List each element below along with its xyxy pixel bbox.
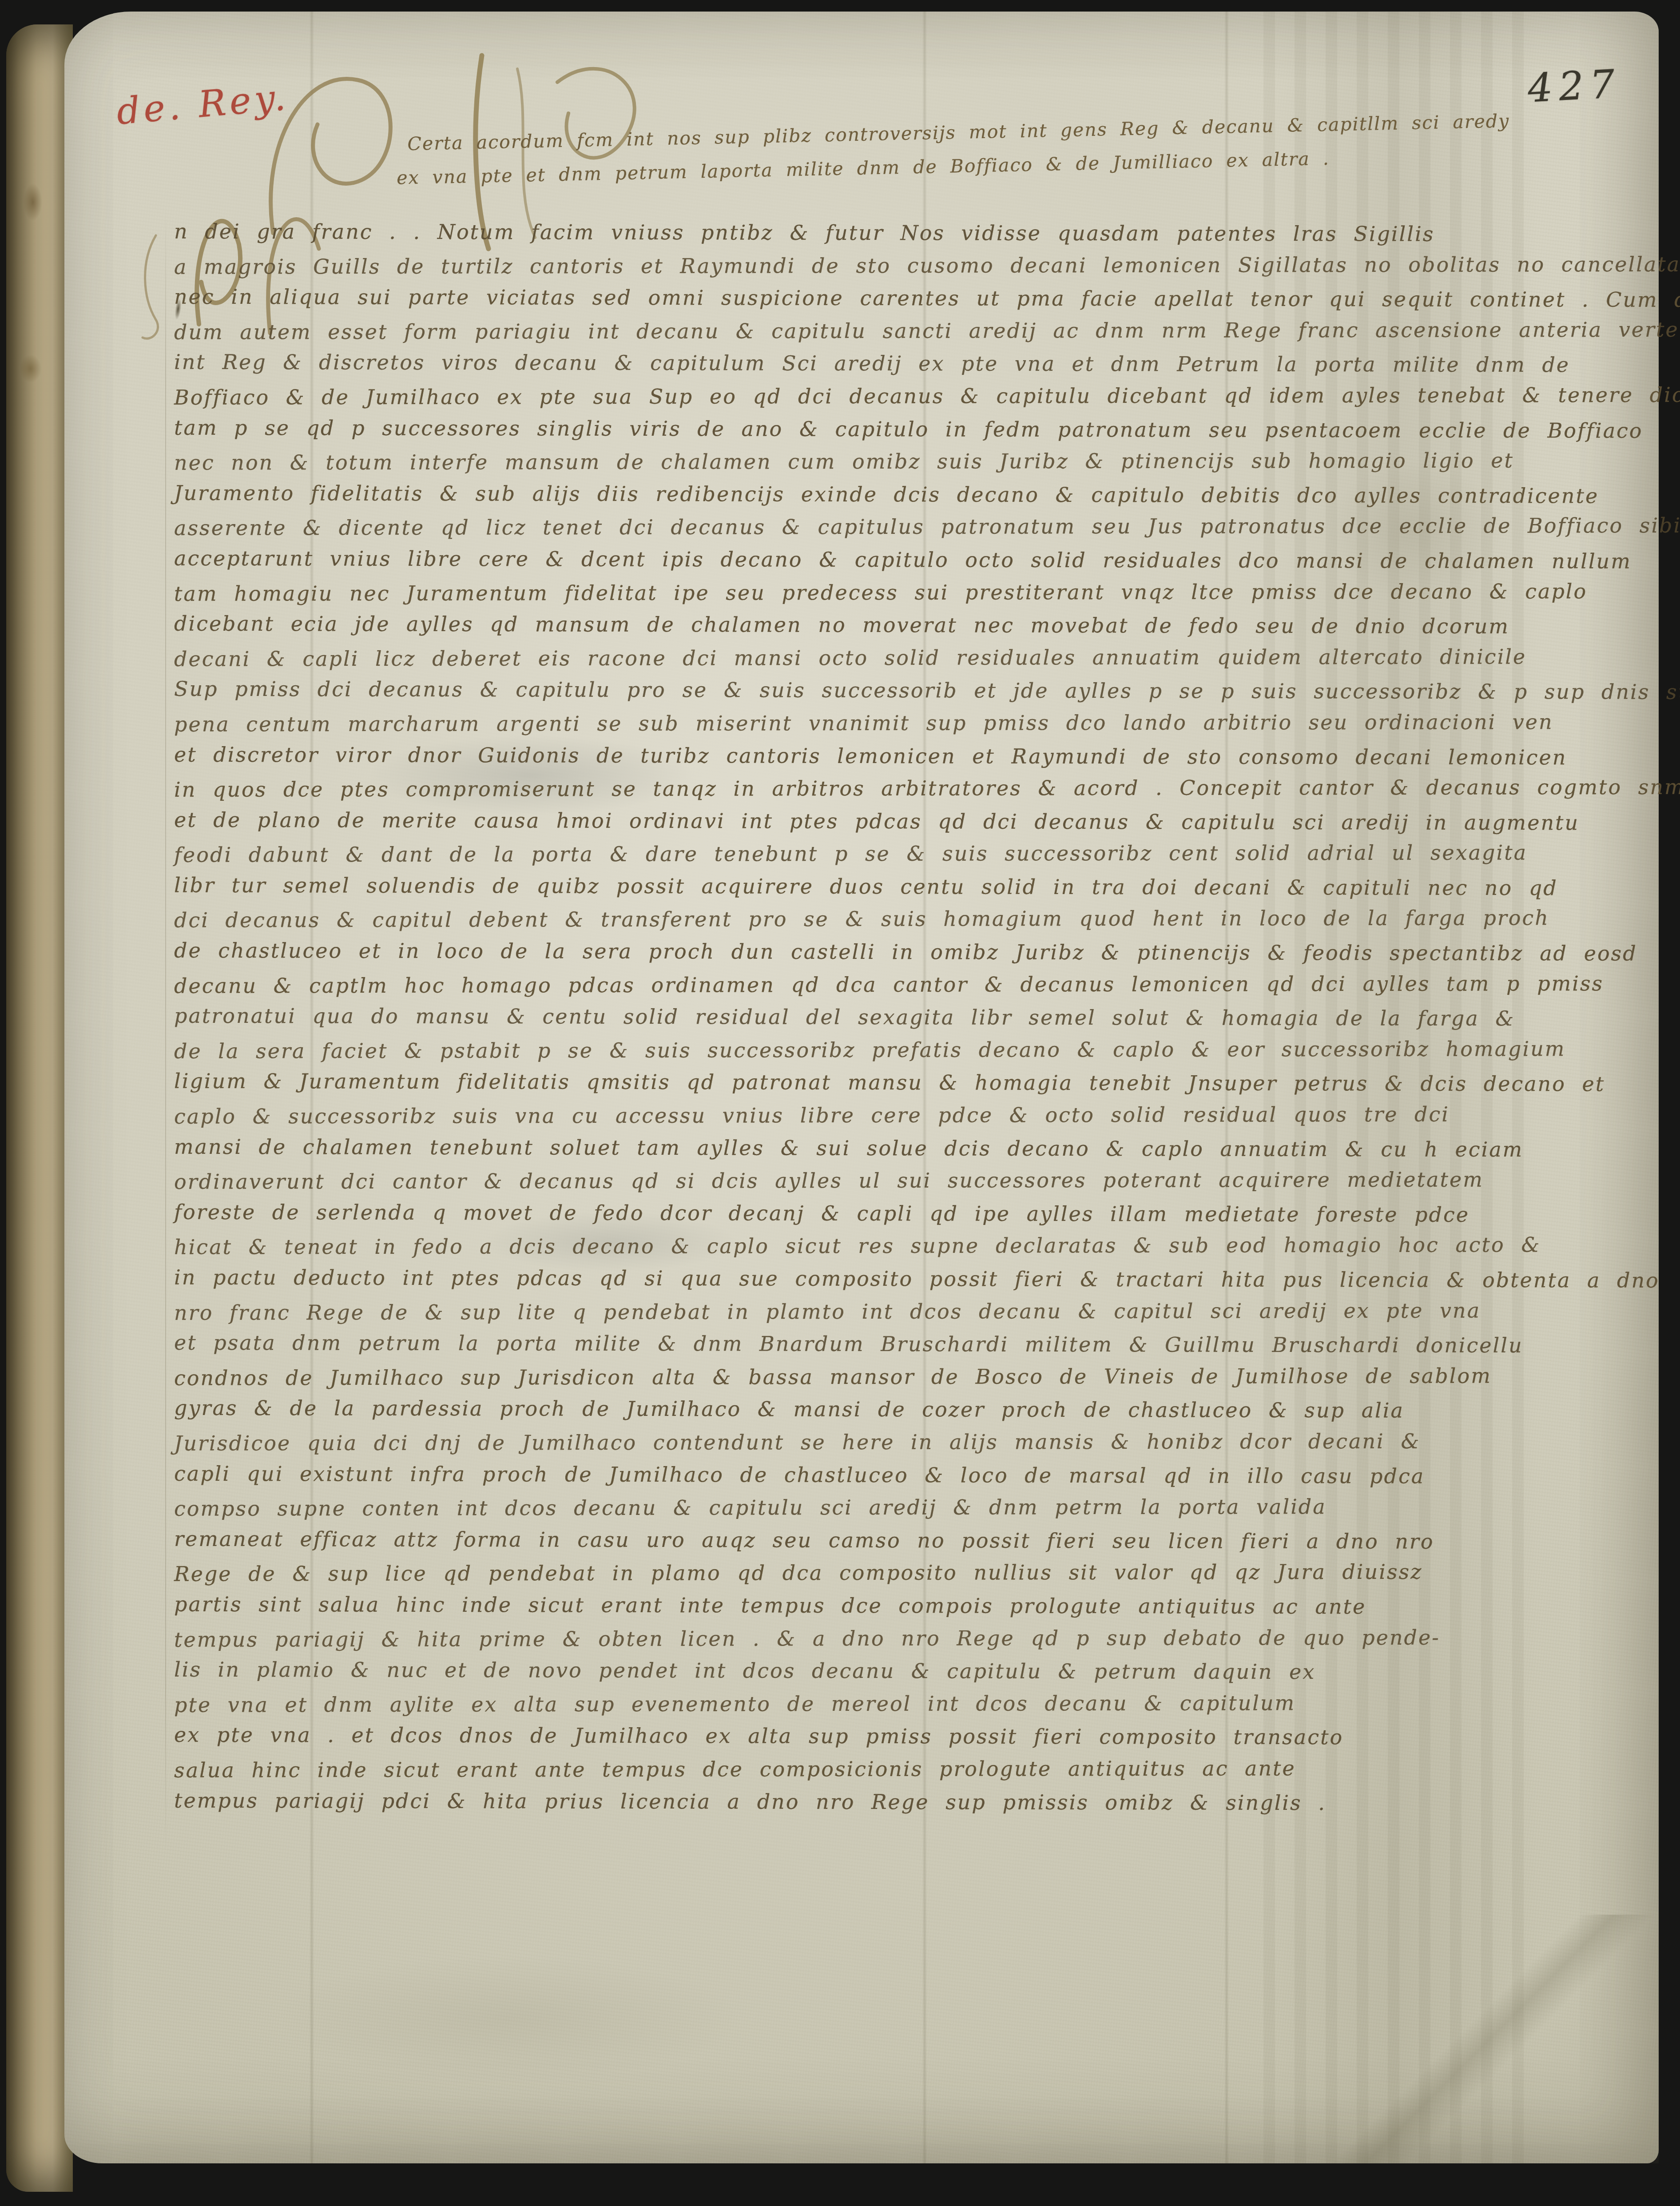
- manuscript-text-line: Jurisdicoe quia dci dnj de Jumilhaco con…: [174, 1425, 1547, 1460]
- manuscript-text-line: Boffiaco & de Jumilhaco ex pte sua Sup e…: [174, 379, 1547, 414]
- manuscript-text-line: et psata dnm petrum la porta milite & dn…: [174, 1327, 1547, 1362]
- manuscript-text-line: Rege de & sup lice qd pendebat in plamo …: [174, 1556, 1547, 1591]
- manuscript-text-line: foreste de serlenda q movet de fedo dcor…: [174, 1196, 1547, 1232]
- manuscript-text-line: hicat & teneat in fedo a dcis decano & c…: [174, 1229, 1547, 1264]
- manuscript-text-line: int Reg & discretos viros decanu & capit…: [174, 346, 1547, 382]
- manuscript-text-line: nec non & totum interfe mansum de chalam…: [174, 444, 1547, 479]
- manuscript-text-line: compso supne conten int dcos decanu & ca…: [174, 1490, 1547, 1525]
- manuscript-text-line: dum autem esset form pariagiu int decanu…: [174, 314, 1547, 349]
- margin-ruling-line: [165, 209, 166, 1852]
- manuscript-text-line: mansi de chalamen tenebunt soluet tam ay…: [174, 1130, 1547, 1166]
- manuscript-text-line: salua hinc inde sicut erant ante tempus …: [174, 1752, 1547, 1787]
- manuscript-text-line: asserente & dicente qd licz tenet dci de…: [174, 510, 1547, 545]
- manuscript-text-line: in pactu deducto int ptes pdcas qd si qu…: [174, 1261, 1547, 1297]
- manuscript-text-line: Juramento fidelitatis & sub alijs diis r…: [174, 477, 1547, 513]
- binding-gutter-edge: [6, 24, 73, 2192]
- manuscript-text-line: de chastluceo et in loco de la sera proc…: [174, 934, 1547, 970]
- manuscript-photo: de. Rey. 427 Certa acordum fcm int nos s…: [0, 0, 1680, 2206]
- manuscript-text-line: lis in plamio & nuc et de novo pendet in…: [174, 1654, 1547, 1689]
- manuscript-text-line: ordinaverunt dci cantor & decanus qd si …: [174, 1164, 1547, 1199]
- manuscript-text-line: a magrois Guills de turtilz cantoris et …: [174, 248, 1547, 283]
- manuscript-text-line: decani & capli licz deberet eis racone d…: [174, 640, 1547, 676]
- manuscript-text-line: patronatui qua do mansu & centu solid re…: [174, 1000, 1547, 1035]
- corner-fold-crease: [1321, 1915, 1659, 2163]
- manuscript-text-line: dicebant ecia jde aylles qd mansum de ch…: [174, 608, 1547, 643]
- parchment-stain: [15, 349, 46, 389]
- manuscript-text-line: decanu & captlm hoc homago pdcas ordinam…: [174, 967, 1547, 1002]
- manuscript-text-line: de la sera faciet & pstabit p se & suis …: [174, 1033, 1547, 1068]
- parchment-stain: [198, 1935, 819, 2103]
- manuscript-text-line: gyras & de la pardessia proch de Jumilha…: [174, 1392, 1547, 1427]
- manuscript-text-line: partis sint salua hinc inde sicut erant …: [174, 1588, 1547, 1624]
- manuscript-text-line: acceptarunt vnius libre cere & dcent ipi…: [174, 542, 1547, 578]
- manuscript-text-line: et discretor viror dnor Guidonis de turi…: [174, 738, 1547, 774]
- manuscript-text-line: in quos dce ptes compromiserunt se tanqz…: [174, 771, 1547, 806]
- manuscript-text-line: remaneat efficaz attz forma in casu uro …: [174, 1523, 1547, 1558]
- manuscript-text-line: caplo & successoribz suis vna cu accessu…: [174, 1098, 1547, 1133]
- manuscript-text-line: capli qui existunt infra proch de Jumilh…: [174, 1457, 1547, 1493]
- manuscript-text-line: tam homagiu nec Juramentum fidelitat ipe…: [174, 575, 1547, 610]
- manuscript-text-line: tempus pariagij & hita prime & obten lic…: [174, 1621, 1547, 1656]
- manuscript-text-line: pena centum marcharum argenti se sub mis…: [174, 706, 1547, 741]
- manuscript-text-line: et de plano de merite causa hmoi ordinav…: [174, 803, 1547, 839]
- manuscript-text-line: nro franc Rege de & sup lite q pendebat …: [174, 1294, 1547, 1329]
- manuscript-text-line: tempus pariagij pdci & hita prius licenc…: [174, 1784, 1547, 1820]
- manuscript-text-line: Sup pmiss dci decanus & capitulu pro se …: [174, 673, 1547, 708]
- manuscript-text-line: dci decanus & capitul debent & transfere…: [174, 902, 1547, 937]
- manuscript-text-line: ex pte vna . et dcos dnos de Jumilhaco e…: [174, 1719, 1547, 1754]
- marginal-mark-icon: [131, 231, 171, 346]
- parchment-stain: [20, 175, 46, 229]
- manuscript-text-line: condnos de Jumilhaco sup Jurisdicon alta…: [174, 1359, 1547, 1395]
- manuscript-text-line: ligium & Juramentum fidelitatis qmsitis …: [174, 1065, 1547, 1101]
- manuscript-text-line: feodi dabunt & dant de la porta & dare t…: [174, 837, 1547, 872]
- manuscript-text-line: nec in aliqua sui parte viciatas sed omn…: [174, 281, 1547, 316]
- manuscript-text-line: pte vna et dnm aylite ex alta sup evenem…: [174, 1686, 1547, 1721]
- manuscript-text-line: tam p se qd p successores singlis viris …: [174, 411, 1547, 447]
- manuscript-text-line: libr tur semel soluendis de quibz possit…: [174, 869, 1547, 905]
- manuscript-text-block: n dei gra franc . . Notum facim vniuss p…: [174, 217, 1547, 1818]
- manuscript-text-line: n dei gra franc . . Notum facim vniuss p…: [174, 215, 1547, 251]
